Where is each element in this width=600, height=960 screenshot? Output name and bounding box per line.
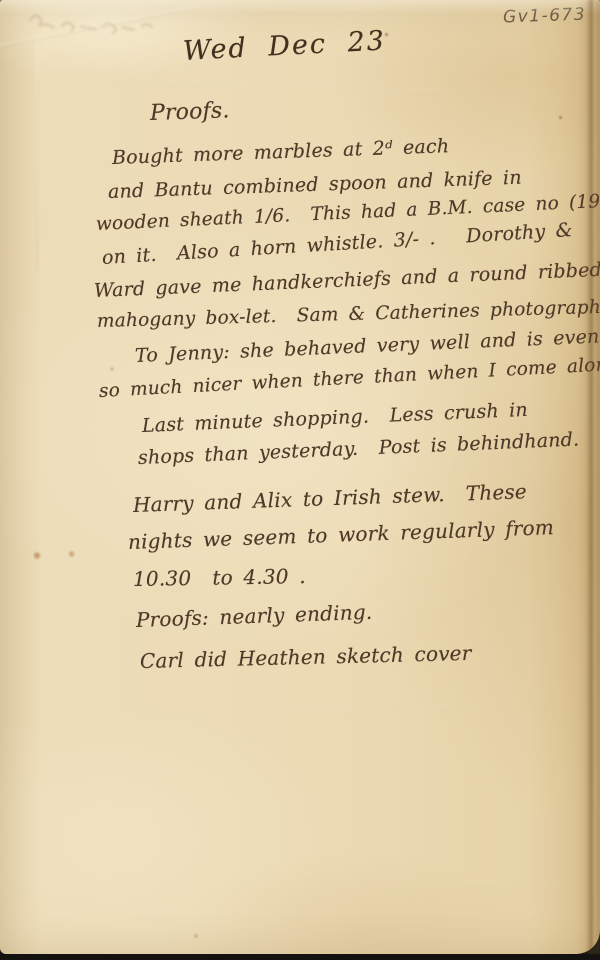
ink-speck bbox=[193, 933, 199, 939]
bleed-through-ghost-writing-icon bbox=[22, 4, 192, 38]
catalog-number: Gv1-673 bbox=[503, 5, 587, 28]
crease-mark bbox=[120, 82, 450, 93]
diary-line: Bought more marbles at 2ᵈ each bbox=[112, 135, 450, 169]
ink-speck bbox=[558, 115, 563, 120]
diary-line: Proofs. bbox=[150, 98, 230, 126]
diary-page: Gv1-673 Wed Dec 23 Proofs. Bought more m… bbox=[0, 0, 600, 954]
crease-mark bbox=[36, 40, 38, 270]
diary-line: Proofs: nearly ending. bbox=[136, 600, 373, 632]
foxing-spot bbox=[67, 550, 76, 558]
scanned-page-background: Gv1-673 Wed Dec 23 Proofs. Bought more m… bbox=[0, 0, 600, 960]
diary-line: Ward gave me handkerchiefs and a round r… bbox=[94, 259, 600, 302]
diary-line: Harry and Alix to Irish stew. These bbox=[133, 479, 528, 517]
date-heading: Wed Dec 23 bbox=[182, 25, 386, 67]
crease-mark bbox=[60, 705, 480, 722]
diary-line: mahogany box-let. Sam & Catherines photo… bbox=[97, 296, 600, 332]
paper-right-edge-shadow bbox=[578, 0, 600, 954]
diary-line: Last minute shopping. Less crush in bbox=[142, 399, 529, 437]
diary-line: shops than yesterday. Post is behindhand… bbox=[138, 429, 580, 469]
foxing-spot bbox=[32, 551, 42, 560]
crease-mark bbox=[300, 875, 560, 886]
diary-line: nights we seem to work regularly from bbox=[128, 515, 555, 554]
crease-mark bbox=[0, 6, 198, 53]
diary-line: Carl did Heathen sketch cover bbox=[140, 641, 472, 673]
diary-line: 10.30 to 4.30 . bbox=[133, 564, 306, 591]
ink-speck bbox=[109, 366, 115, 372]
